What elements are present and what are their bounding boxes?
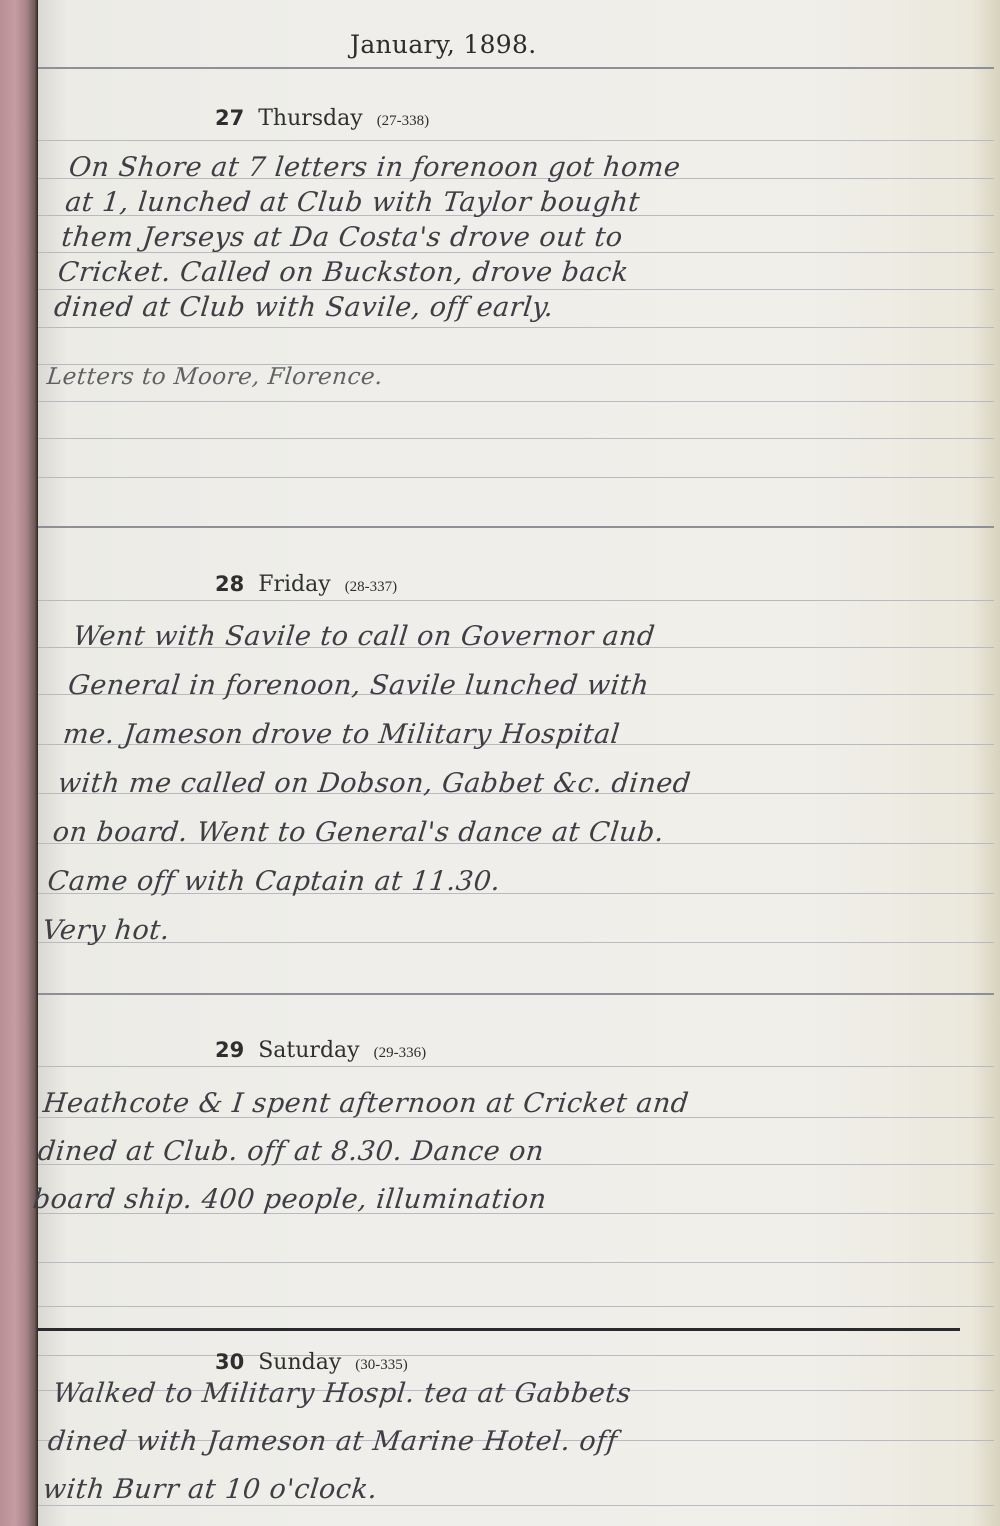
entry-text-27: On Shore at 7 letters in forenoon got ho…: [45, 150, 1000, 395]
handwritten-line: them Jerseys at Da Costa's drove out to: [60, 220, 996, 255]
day-number: 28: [215, 572, 244, 596]
handwritten-line: Walked to Military Hospl. tea at Gabbets: [51, 1370, 998, 1418]
entry-text-28: Went with Savile to call on Governor and…: [40, 612, 1000, 955]
handwritten-line: Cricket. Called on Buckston, drove back: [56, 255, 992, 290]
handwritten-line: Came off with Captain at 11.30.: [45, 857, 982, 906]
ruled-line: [38, 1306, 994, 1307]
day-count: (29-336): [374, 1045, 427, 1062]
book-binding: [0, 0, 38, 1526]
ruled-line: [38, 140, 994, 141]
ruled-line: [38, 401, 994, 402]
handwritten-line: with me called on Dobson, Gabbet &c. din…: [55, 759, 992, 808]
entry-text-30: Walked to Military Hospl. tea at Gabbets…: [40, 1370, 997, 1514]
handwritten-line: at 1, lunched at Club with Taylor bought: [64, 185, 1000, 220]
handwritten-line: dined with Jameson at Marine Hotel. off: [45, 1418, 992, 1466]
diary-page: January, 1898. 27 Thursday (27-338) On S…: [38, 0, 1000, 1526]
section-rule: [38, 526, 994, 528]
handwritten-note: Letters to Moore, Florence.: [45, 360, 981, 395]
handwritten-line: with Burr at 10 o'clock.: [40, 1466, 987, 1514]
handwritten-line: On Shore at 7 letters in forenoon got ho…: [67, 150, 1000, 185]
handwritten-line: me. Jameson drove to Military Hospital: [61, 710, 998, 759]
entry-text-29: Heathcote & I spent afternoon at Cricket…: [30, 1080, 997, 1224]
weekday: Friday: [258, 572, 330, 597]
day-count: (28-337): [345, 579, 398, 596]
weekday: Saturday: [258, 1038, 359, 1063]
ruled-line: [38, 1262, 994, 1263]
ruled-line: [38, 1066, 994, 1067]
ruled-line: [38, 477, 994, 478]
month-title: January, 1898.: [350, 30, 536, 59]
weekday: Thursday: [258, 106, 362, 131]
ruled-line: [38, 1355, 994, 1356]
ruled-line: [38, 438, 994, 439]
day-number: 27: [215, 106, 244, 130]
handwritten-line: dined at Club. off at 8.30. Dance on: [35, 1128, 992, 1176]
handwritten-line: dined at Club with Savile, off early.: [52, 290, 988, 325]
day-header-29: 29 Saturday (29-336): [215, 1038, 426, 1063]
ruled-line: [38, 600, 994, 601]
header-rule: [38, 67, 994, 69]
day-header-27: 27 Thursday (27-338): [215, 106, 429, 131]
day-header-28: 28 Friday (28-337): [215, 572, 397, 597]
handwritten-line: Very hot.: [40, 906, 977, 955]
handwritten-line: on board. Went to General's dance at Clu…: [50, 808, 987, 857]
day-number: 29: [215, 1038, 244, 1062]
day-count: (27-338): [377, 113, 430, 130]
handwritten-line: General in forenoon, Savile lunched with: [66, 661, 1000, 710]
handwritten-line: Went with Savile to call on Governor and: [71, 612, 1000, 661]
week-divider: [38, 1328, 960, 1331]
section-rule: [38, 993, 994, 995]
handwritten-line: board ship. 400 people, illumination: [30, 1176, 987, 1224]
handwritten-line: Heathcote & I spent afternoon at Cricket…: [41, 1080, 998, 1128]
